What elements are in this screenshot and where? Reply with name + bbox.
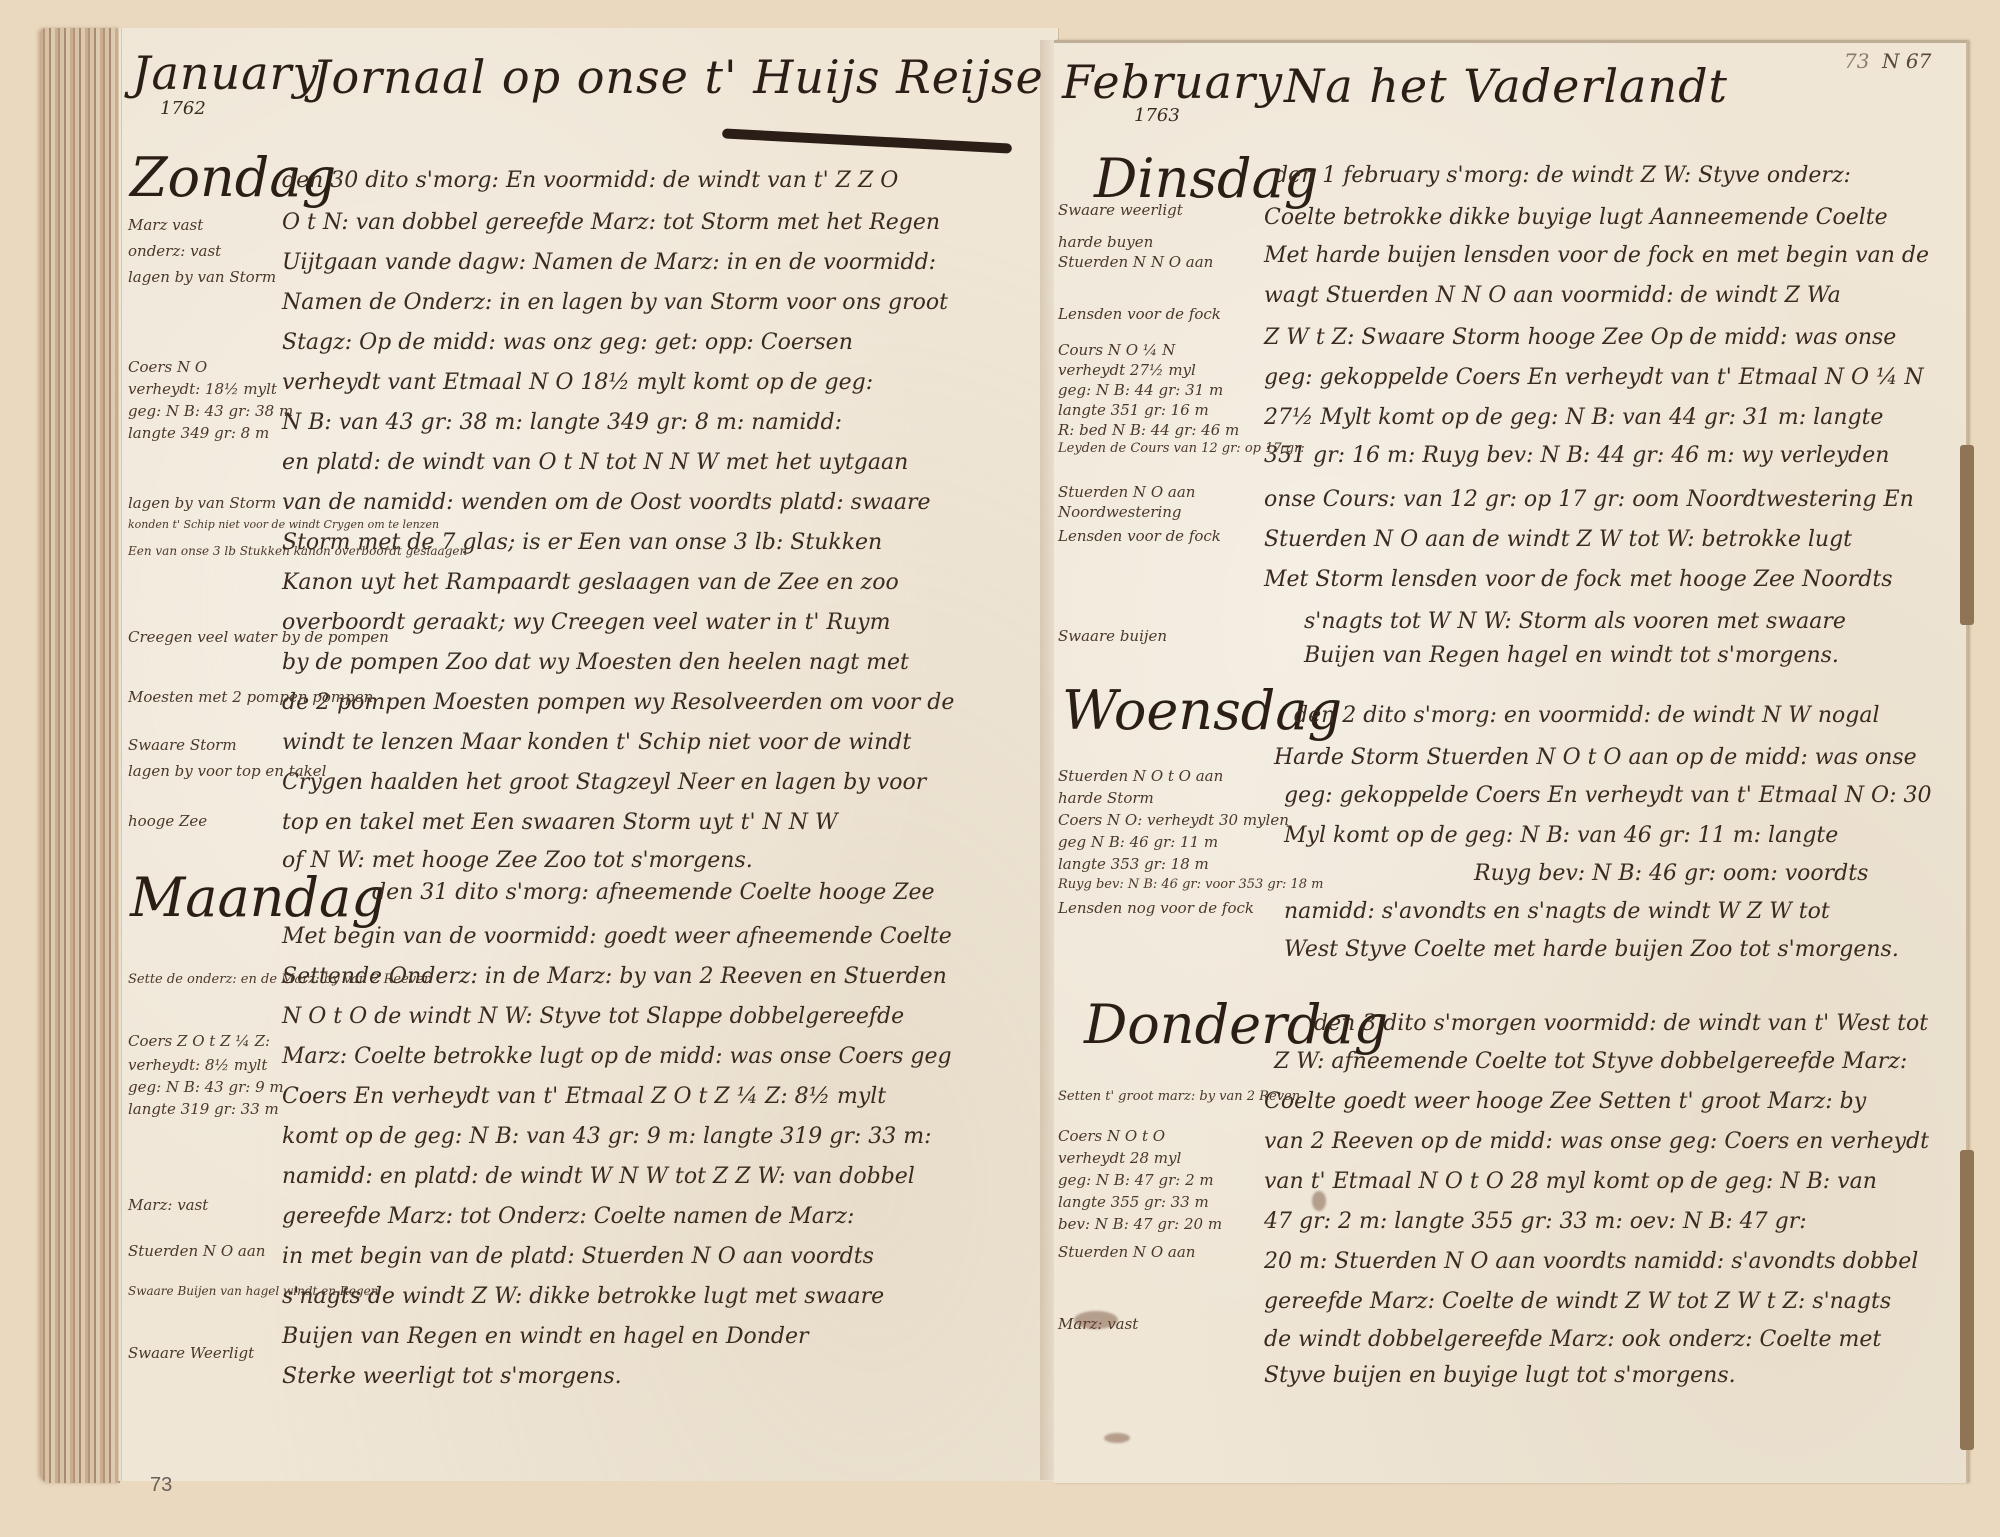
entry-line: in met begin van de platd: Stuerden N O … (282, 1244, 874, 1269)
entry-line: namidd: en platd: de windt W N W tot Z Z… (282, 1164, 915, 1189)
margin-note: geg: N B: 43 gr: 9 m (128, 1078, 284, 1096)
margin-note: verheydt 28 myl (1058, 1149, 1181, 1167)
entry-line: West Styve Coelte met harde buijen Zoo t… (1284, 937, 1899, 962)
entry-line: den 1 february s'morg: de windt Z W: Sty… (1274, 163, 1851, 188)
margin-note: Marz: vast (128, 1196, 208, 1214)
right-header-year: 1763 (1134, 105, 1180, 126)
margin-note: Stuerden N N O aan (1058, 253, 1213, 271)
entry-line: O t N: van dobbel gereefde Marz: tot Sto… (282, 210, 940, 235)
entry-line: Coers En verheydt van t' Etmaal Z O t Z … (282, 1084, 886, 1109)
margin-note: Marz vast (128, 216, 203, 234)
margin-note: verheydt: 18½ mylt (128, 380, 277, 398)
entry-line: Buijen van Regen hagel en windt tot s'mo… (1304, 643, 1839, 668)
entry-line: Myl komt op de geg: N B: van 46 gr: 11 m… (1284, 823, 1838, 848)
entry-line: 20 m: Stuerden N O aan voordts namidd: s… (1264, 1249, 1918, 1274)
margin-note: Lensden nog voor de fock (1058, 899, 1254, 917)
torn-page-edge (1960, 1150, 1974, 1450)
entry-line: Z W t Z: Swaare Storm hooge Zee Op de mi… (1264, 325, 1896, 350)
margin-note: Swaare buijen (1058, 627, 1167, 645)
entry-line: Ruyg bev: N B: 46 gr: oom: voordts (1474, 861, 1868, 886)
margin-note: Stuerden N O aan (1058, 1243, 1195, 1261)
left-header-title: Jornaal op onse t' Huijs Reijse (312, 50, 1044, 104)
ink-stain (1074, 1311, 1118, 1329)
entry-line: by de pompen Zoo dat wy Moesten den heel… (282, 650, 909, 675)
entry-line: Uijtgaan vande dagw: Namen de Marz: in e… (282, 250, 936, 275)
entry-line: van de namidd: wenden om de Oost voordts… (282, 490, 931, 515)
open-journal-spread: January 1762 Jornaal op onse t' Huijs Re… (0, 0, 2000, 1537)
entry-line: gereefde Marz: Coelte de windt Z W tot Z… (1264, 1289, 1891, 1314)
margin-note: Een van onse 3 lb Stukken kanon overboor… (128, 544, 467, 558)
margin-note: lagen by van Storm (128, 494, 276, 512)
entry-line: Marz: Coelte betrokke lugt op de midd: w… (282, 1044, 952, 1069)
margin-note: Coers N O t O (1058, 1127, 1165, 1145)
margin-note: Sette de onderz: en de Marz: by van 2 Re… (128, 972, 432, 987)
margin-note: verheydt: 8½ mylt (128, 1056, 267, 1074)
entry-line: namidd: s'avondts en s'nagts de windt W … (1284, 899, 1830, 924)
torn-page-edge (1960, 445, 1974, 625)
book-page-edges (40, 28, 120, 1483)
entry-line: Harde Storm Stuerden N O t O aan op de m… (1274, 745, 1917, 770)
entry-line: Namen de Onderz: in en lagen by van Stor… (282, 290, 948, 315)
entry-line: Buijen van Regen en windt en hagel en Do… (282, 1324, 809, 1349)
margin-note: lagen by voor top en takel (128, 762, 326, 780)
entry-line: Z W: afneemende Coelte tot Styve dobbelg… (1274, 1049, 1907, 1074)
margin-note: geg: N B: 43 gr: 38 m (128, 402, 293, 420)
margin-note: Coers Z O t Z ¼ Z: (128, 1032, 270, 1050)
margin-note: Swaare Storm (128, 736, 237, 754)
margin-note: langte 349 gr: 8 m (128, 424, 269, 442)
margin-note: Creegen veel water by de pompen (128, 628, 389, 646)
entry-line: de windt dobbelgereefde Marz: ook onderz… (1264, 1327, 1881, 1352)
margin-note: Leyden de Cours van 12 gr: op 17 gr: (1058, 441, 1305, 456)
entry-line: gereefde Marz: tot Onderz: Coelte namen … (282, 1204, 854, 1229)
margin-note: Lensden voor de fock (1058, 527, 1221, 545)
entry-line: Styve buijen en buyige lugt tot s'morgen… (1264, 1363, 1736, 1388)
ink-stain (1104, 1433, 1130, 1443)
margin-note: lagen by van Storm (128, 268, 276, 286)
entry-line: den 3 dito s'morgen voormidd: de windt v… (1314, 1011, 1928, 1036)
margin-note: Swaare weerligt (1058, 201, 1183, 219)
day-heading-maandag: Maandag (130, 866, 386, 929)
left-header-year: 1762 (160, 98, 206, 119)
margin-note: langte 319 gr: 33 m (128, 1100, 279, 1118)
margin-note: Stuerden N O aan (128, 1242, 265, 1260)
entry-line: N O t O de windt N W: Styve tot Slappe d… (282, 1004, 904, 1029)
title-underline-stroke (722, 128, 1012, 153)
margin-note: konden t' Schip niet voor de windt Cryge… (128, 518, 439, 531)
entry-line: den 31 dito s'morg: afneemende Coelte ho… (372, 880, 935, 905)
margin-note: bev: N B: 47 gr: 20 m (1058, 1215, 1222, 1233)
margin-note: Moesten met 2 pompen pompen (128, 688, 373, 706)
margin-note: Noordwestering (1058, 503, 1182, 521)
margin-note: langte 355 gr: 33 m (1058, 1193, 1209, 1211)
margin-note: hooge Zee (128, 812, 207, 830)
margin-note: verheydt 27½ myl (1058, 361, 1196, 379)
margin-note: langte 353 gr: 18 m (1058, 855, 1209, 873)
margin-note: onderz: vast (128, 242, 221, 260)
margin-note: Swaare Weerligt (128, 1344, 254, 1362)
entry-line: windt te lenzen Maar konden t' Schip nie… (282, 730, 911, 755)
entry-line: Sterke weerligt tot s'morgens. (282, 1364, 622, 1389)
entry-line: Met Storm lensden voor de fock met hooge… (1264, 567, 1893, 592)
entry-line: s'nagts tot W N W: Storm als vooren met … (1304, 609, 1846, 634)
entry-line: 47 gr: 2 m: langte 355 gr: 33 m: oev: N … (1264, 1209, 1807, 1234)
margin-note: Stuerden N O aan (1058, 483, 1195, 501)
left-header-month: January (132, 46, 320, 100)
margin-note: harde buyen (1058, 233, 1153, 251)
entry-line: top en takel met Een swaaren Storm uyt t… (282, 810, 838, 835)
right-header-title: Na het Vaderlandt (1284, 59, 1728, 113)
entry-line: Coelte betrokke dikke buyige lugt Aannee… (1264, 205, 1888, 230)
entry-line: en platd: de windt van O t N tot N N W m… (282, 450, 908, 475)
margin-note: geg: N B: 44 gr: 31 m (1058, 381, 1223, 399)
entry-line: komt op de geg: N B: van 43 gr: 9 m: lan… (282, 1124, 932, 1149)
entry-line: Kanon uyt het Rampaardt geslaagen van de… (282, 570, 899, 595)
left-page: January 1762 Jornaal op onse t' Huijs Re… (118, 28, 1059, 1481)
entry-line: Coelte goedt weer hooge Zee Setten t' gr… (1264, 1089, 1866, 1114)
margin-note: Setten t' groot marz: by van 2 Reven (1058, 1089, 1300, 1104)
margin-note: langte 351 gr: 16 m (1058, 401, 1209, 419)
entry-line: N B: van 43 gr: 38 m: langte 349 gr: 8 m… (282, 410, 842, 435)
entry-line: geg: gekoppelde Coers En verheydt van t'… (1264, 365, 1924, 390)
entry-line: Met harde buijen lensden voor de fock en… (1264, 243, 1929, 268)
entry-line: van t' Etmaal N O t O 28 myl komt op de … (1264, 1169, 1877, 1194)
page-number: 73 (150, 1474, 172, 1497)
margin-note: geg: N B: 47 gr: 2 m (1058, 1171, 1214, 1189)
entry-line: onse Cours: van 12 gr: op 17 gr: oom Noo… (1264, 487, 1914, 512)
entry-line: den 2 dito s'morg: en voormidd: de windt… (1294, 703, 1880, 728)
entry-line: verheydt vant Etmaal N O 18½ mylt komt o… (282, 370, 873, 395)
right-page: February 1763 Na het Vaderlandt 73 N 67 … (1054, 40, 1968, 1483)
margin-note: harde Storm (1058, 789, 1154, 807)
entry-line: 351 gr: 16 m: Ruyg bev: N B: 44 gr: 46 m… (1264, 443, 1889, 468)
entry-line: wagt Stuerden N N O aan voormidd: de win… (1264, 283, 1841, 308)
entry-line: Met begin van de voormidd: goedt weer af… (282, 924, 952, 949)
margin-note: Cours N O ¼ N (1058, 341, 1175, 359)
margin-note: Stuerden N O t O aan (1058, 767, 1223, 785)
entry-line: den 30 dito s'morg: En voormidd: de wind… (282, 168, 898, 193)
margin-note: Coers N O (128, 358, 207, 376)
margin-note: R: bed N B: 44 gr: 46 m (1058, 421, 1239, 439)
folio-mark: 73 (1844, 49, 1869, 73)
entry-line: van 2 Reeven op de midd: was onse geg: C… (1264, 1129, 1929, 1154)
margin-note: Lensden voor de fock (1058, 305, 1221, 323)
margin-note: Ruyg bev: N B: 46 gr: voor 353 gr: 18 m (1058, 877, 1323, 892)
margin-note: Swaare Buijen van hagel windt en Regen (128, 1284, 378, 1298)
entry-line: de 2 pompen Moesten pompen wy Resolveerd… (282, 690, 954, 715)
margin-note: geg N B: 46 gr: 11 m (1058, 833, 1218, 851)
margin-note: Coers N O: verheydt 30 mylen (1058, 811, 1289, 829)
entry-line: Crygen haalden het groot Stagzeyl Neer e… (282, 770, 926, 795)
entry-line: Stagz: Op de midd: was onz geg: get: opp… (282, 330, 853, 355)
entry-line: geg: gekoppelde Coers En verheydt van t'… (1284, 783, 1932, 808)
folio-number: N 67 (1882, 49, 1931, 73)
entry-line: 27½ Mylt komt op de geg: N B: van 44 gr:… (1264, 405, 1883, 430)
entry-line: Stuerden N O aan de windt Z W tot W: bet… (1264, 527, 1852, 552)
right-header-month: February (1062, 55, 1283, 109)
ink-stain (1312, 1191, 1326, 1211)
